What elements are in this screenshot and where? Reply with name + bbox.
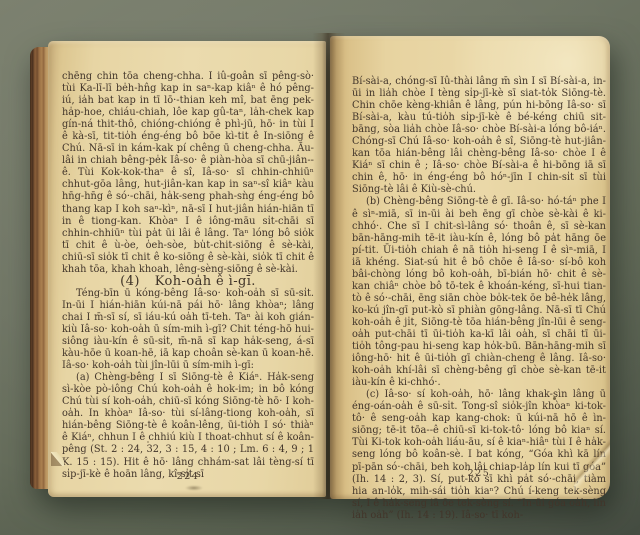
paragraph-continued-from-previous-page: chēng chin tōa cheng-chha. I iû-goân sī … — [62, 71, 314, 276]
book-gutter — [313, 33, 345, 499]
section-title: Koh-oa̍h ê ì-gī. — [155, 274, 256, 289]
page-number-left: 224 — [62, 471, 314, 482]
paragraph-point-b: (b) Chèng-bêng Siōng-tè ê gī. Iâ-so· hó-… — [352, 196, 606, 389]
ink-speck — [553, 397, 556, 400]
left-page-text: chēng chin tōa cheng-chha. I iû-goân sī … — [62, 71, 314, 481]
ink-speck — [519, 153, 521, 155]
page-number-right: 225 — [352, 468, 606, 479]
paragraph-continued-top: Bí-sài-a, chóng-sī Iû-thài lâng m̄ sìn I… — [352, 76, 606, 196]
paragraph-intro: Téng-bīn ū kóng-bêng Iâ-so· koh-oa̍h sī … — [62, 288, 314, 372]
photo-background: chēng chin tōa cheng-chha. I iû-goân sī … — [0, 0, 640, 535]
open-book: chēng chin tōa cheng-chha. I iû-goân sī … — [30, 33, 612, 499]
ink-speck — [147, 441, 149, 443]
corner-crease — [574, 431, 610, 497]
section-heading: (4)Koh-oa̍h ê ì-gī. — [62, 276, 314, 288]
section-number: (4) — [120, 276, 140, 288]
paragraph-point-a: (a) Chèng-bêng I sī Siōng-tè ê Kiáⁿ. Ha̍… — [62, 372, 314, 480]
printers-mark-smudge — [182, 485, 206, 491]
right-page-text: Bí-sài-a, chóng-sī Iû-thài lâng m̄ sìn I… — [352, 76, 606, 522]
paragraph-point-c: (c) Iâ-so· sí koh-oa̍h, hō· lâng khak-sì… — [352, 389, 606, 522]
dog-ear-corner — [51, 452, 64, 466]
